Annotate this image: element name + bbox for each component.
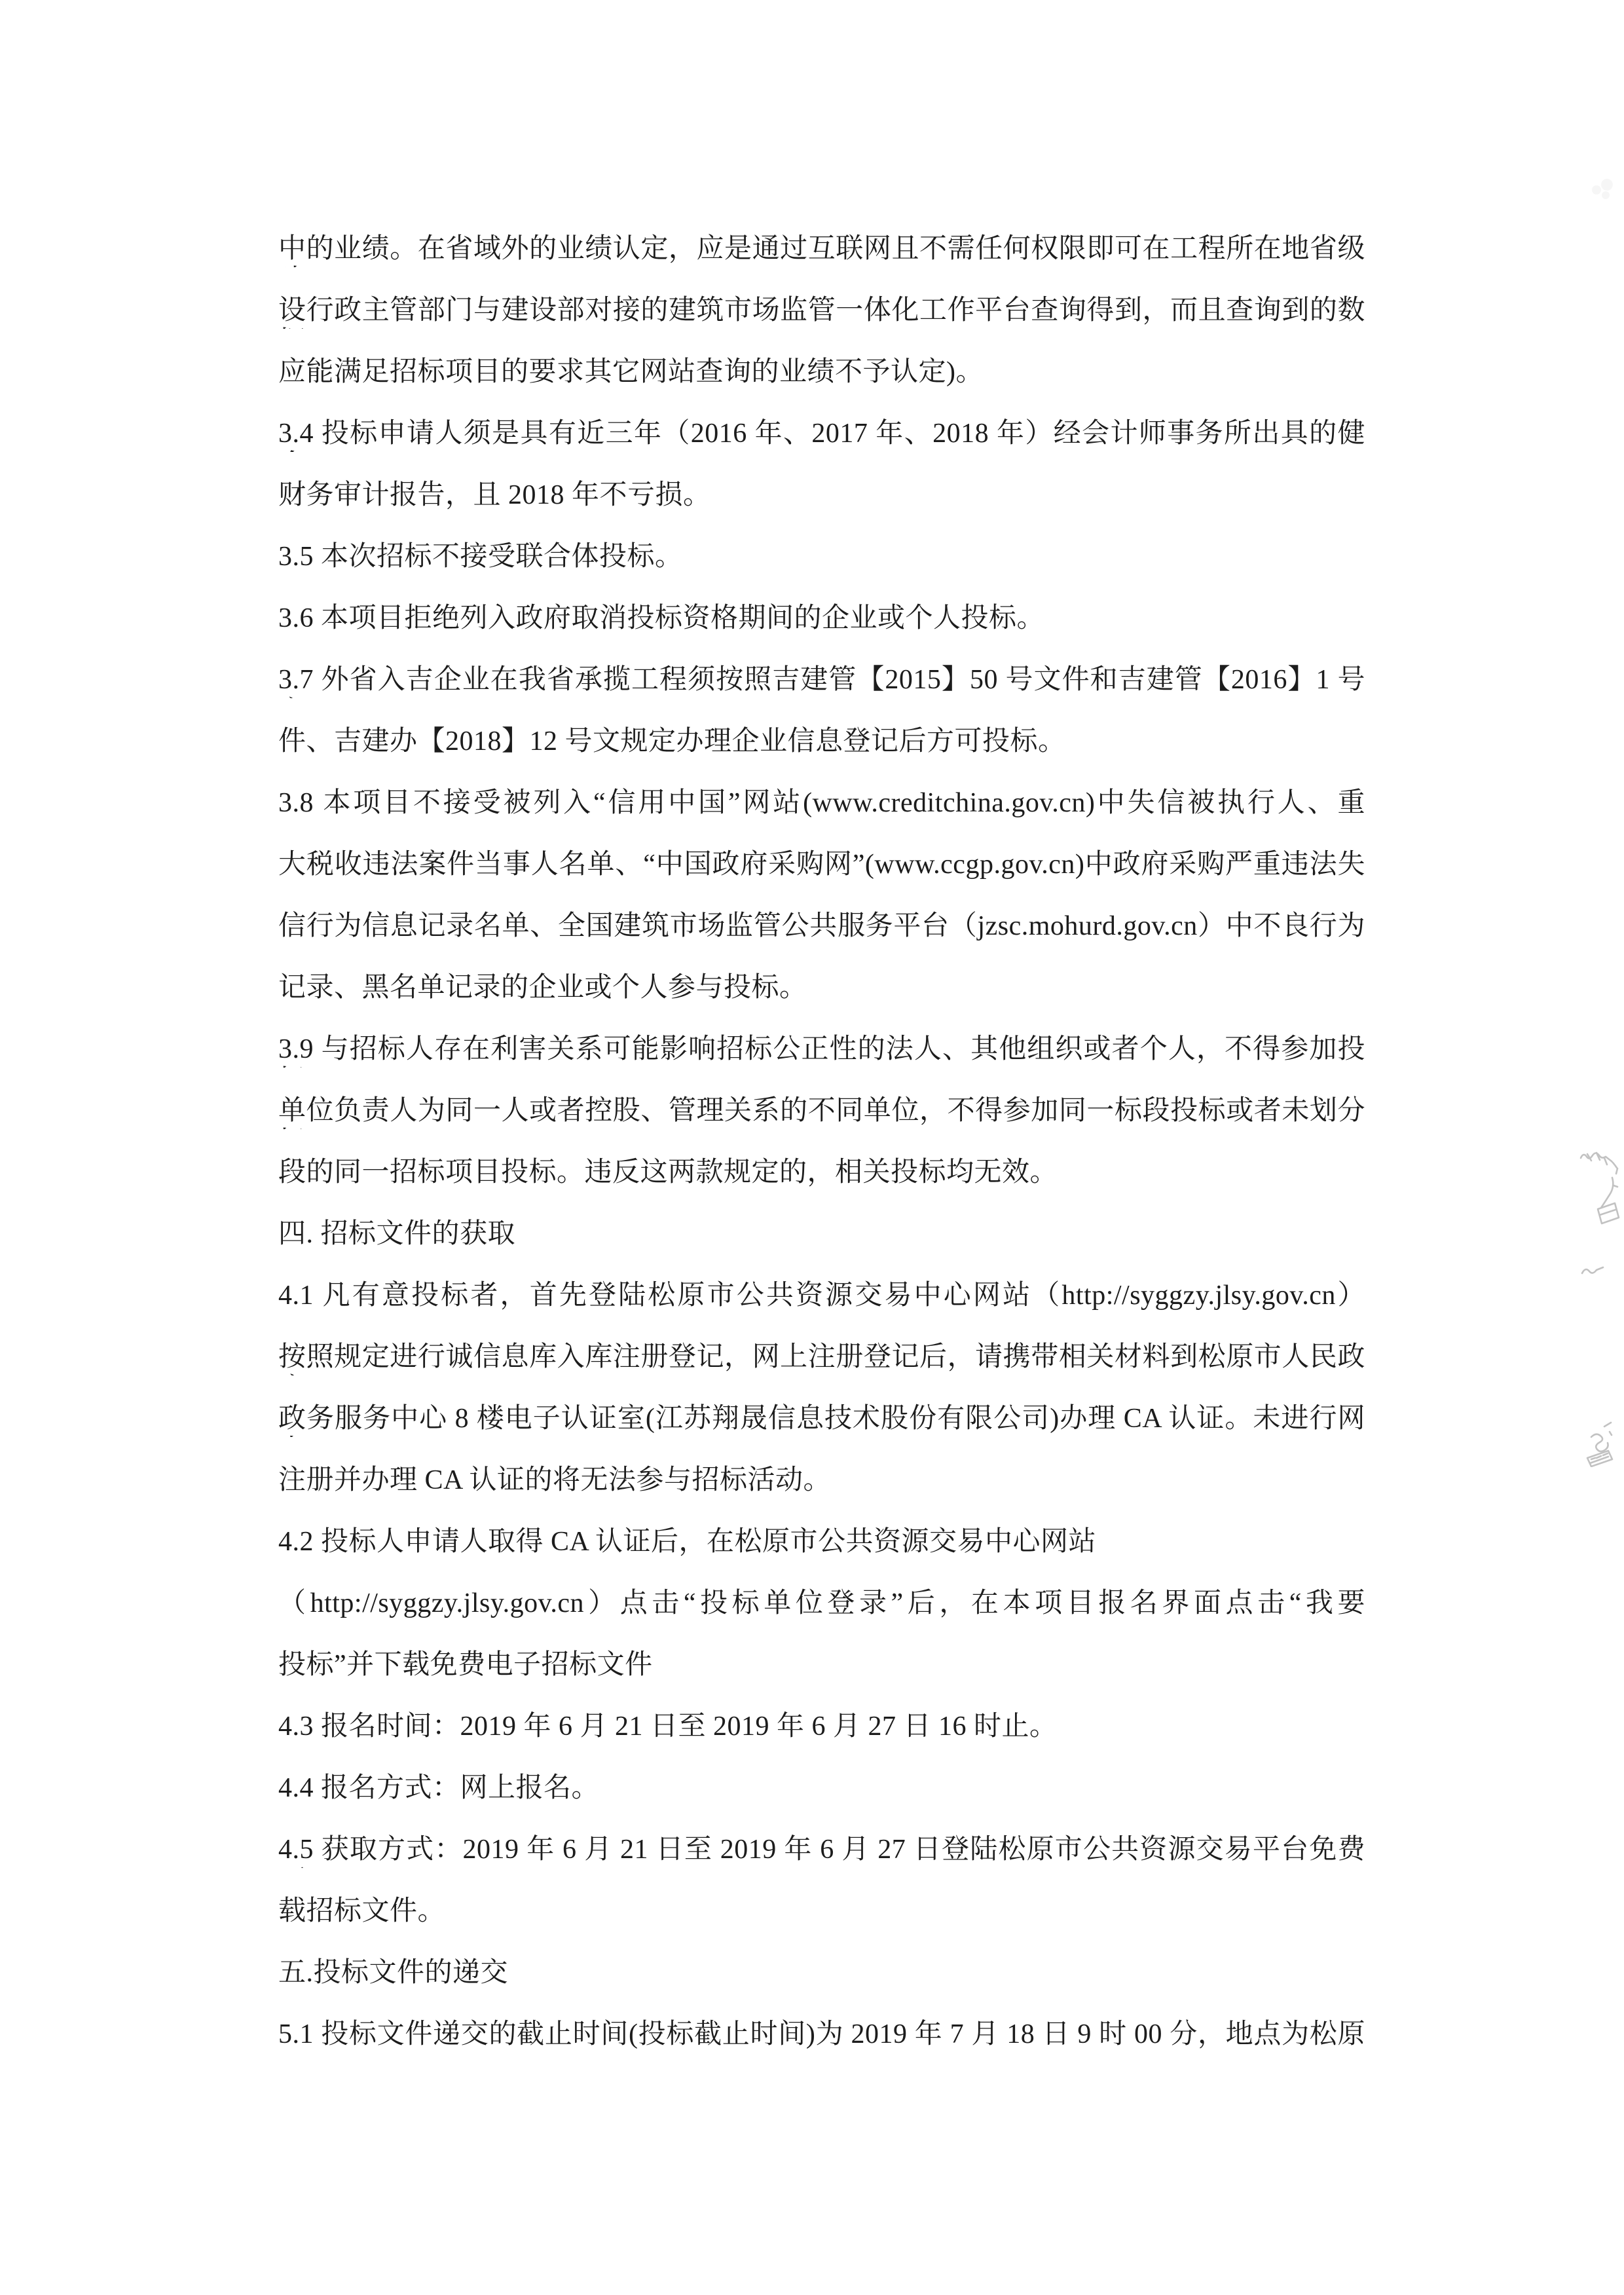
text-line: 信行为信息记录名单、全国建筑市场监管公共服务平台（jzsc.mohurd.gov… — [278, 910, 1365, 944]
text-line: 注册并办理 CA 认证的将无法参与招标活动。 — [278, 1465, 831, 1496]
text-line: 3.8 本项目不接受被列入“信用中国”网站(www.creditchina.go… — [278, 787, 1365, 821]
handwritten-loop-and-blob-right — [1585, 1420, 1616, 1467]
text-line: 3.6 本项目拒绝列入政府取消投标资格期间的企业或个人投标。 — [278, 603, 1044, 634]
text-line: 4.5 获取方式：2019 年 6 月 21 日至 2019 年 6 月 27 … — [278, 1834, 1365, 1868]
text-line: 大税收违法案件当事人名单、“中国政府采购网”(www.ccgp.gov.cn)中… — [278, 849, 1365, 883]
section-heading: 五.投标文件的递交 — [278, 1957, 508, 1988]
text-line: （http://syggzy.jlsy.gov.cn）点击“投标单位登录”后，在… — [278, 1588, 1365, 1622]
text-line: 记录、黑名单记录的企业或个人参与投标。 — [278, 972, 807, 1003]
text-line: 3.9 与招标人存在利害关系可能影响招标公正性的法人、其他组织或者个人，不得参加… — [278, 1034, 1365, 1068]
faint-smudge-top-right — [1590, 178, 1616, 204]
text-line: 政务服务中心 8 楼电子认证室(江苏翔晟信息技术股份有限公司)办理 CA 认证。… — [278, 1403, 1365, 1437]
section-heading: 四. 招标文件的获取 — [278, 1218, 515, 1250]
text-line: 4.2 投标人申请人取得 CA 认证后，在松原市公共资源交易中心网站 — [278, 1526, 1096, 1558]
text-line: 3.7 外省入吉企业在我省承揽工程须按照吉建管【2015】50 号文件和吉建管【… — [278, 664, 1365, 698]
text-line: 设行政主管部门与建设部对接的建筑市场监管一体化工作平台查询得到，而且查询到的数据 — [278, 295, 1365, 329]
text-line: 按照规定进行诚信息库入库注册登记，网上注册登记后，请携带相关材料到松原市人民政府 — [278, 1341, 1365, 1375]
text-line: 单位负责人为同一人或者控股、管理关系的不同单位，不得参加同一标段投标或者未划分标 — [278, 1095, 1365, 1129]
text-line: 3.5 本次招标不接受联合体投标。 — [278, 541, 683, 572]
text-line: 应能满足招标项目的要求其它网站查询的业绩不予认定)。 — [278, 356, 984, 388]
text-line: 4.1 凡有意投标者，首先登陆松原市公共资源交易中心网站（http://sygg… — [278, 1280, 1365, 1314]
small-squiggle-right — [1581, 1263, 1604, 1278]
handwritten-scribble-mid-right — [1578, 1147, 1620, 1229]
text-line: 5.1 投标文件递交的截止时间(投标截止时间)为 2019 年 7 月 18 日… — [278, 2019, 1365, 2053]
text-line: 财务审计报告，且 2018 年不亏损。 — [278, 479, 711, 511]
text-line: 载招标文件。 — [278, 1895, 445, 1927]
text-line: 中的业绩。在省域外的业绩认定，应是通过互联网且不需任何权限即可在工程所在地省级建 — [278, 233, 1365, 267]
text-line: 4.4 报名方式：网上报名。 — [278, 1772, 599, 1804]
text-line: 4.3 报名时间：2019 年 6 月 21 日至 2019 年 6 月 27 … — [278, 1711, 1058, 1742]
document-page: 中的业绩。在省域外的业绩认定，应是通过互联网且不需任何权限即可在工程所在地省级建… — [0, 0, 1624, 2295]
text-line: 段的同一招标项目投标。违反这两款规定的，相关投标均无效。 — [278, 1157, 1058, 1188]
text-line: 3.4 投标申请人须是具有近三年（2016 年、2017 年、2018 年）经会… — [278, 418, 1365, 452]
text-line: 投标”并下载免费电子招标文件 — [278, 1649, 653, 1681]
text-line: 件、吉建办【2018】12 号文规定办理企业信息登记后方可投标。 — [278, 726, 1066, 757]
